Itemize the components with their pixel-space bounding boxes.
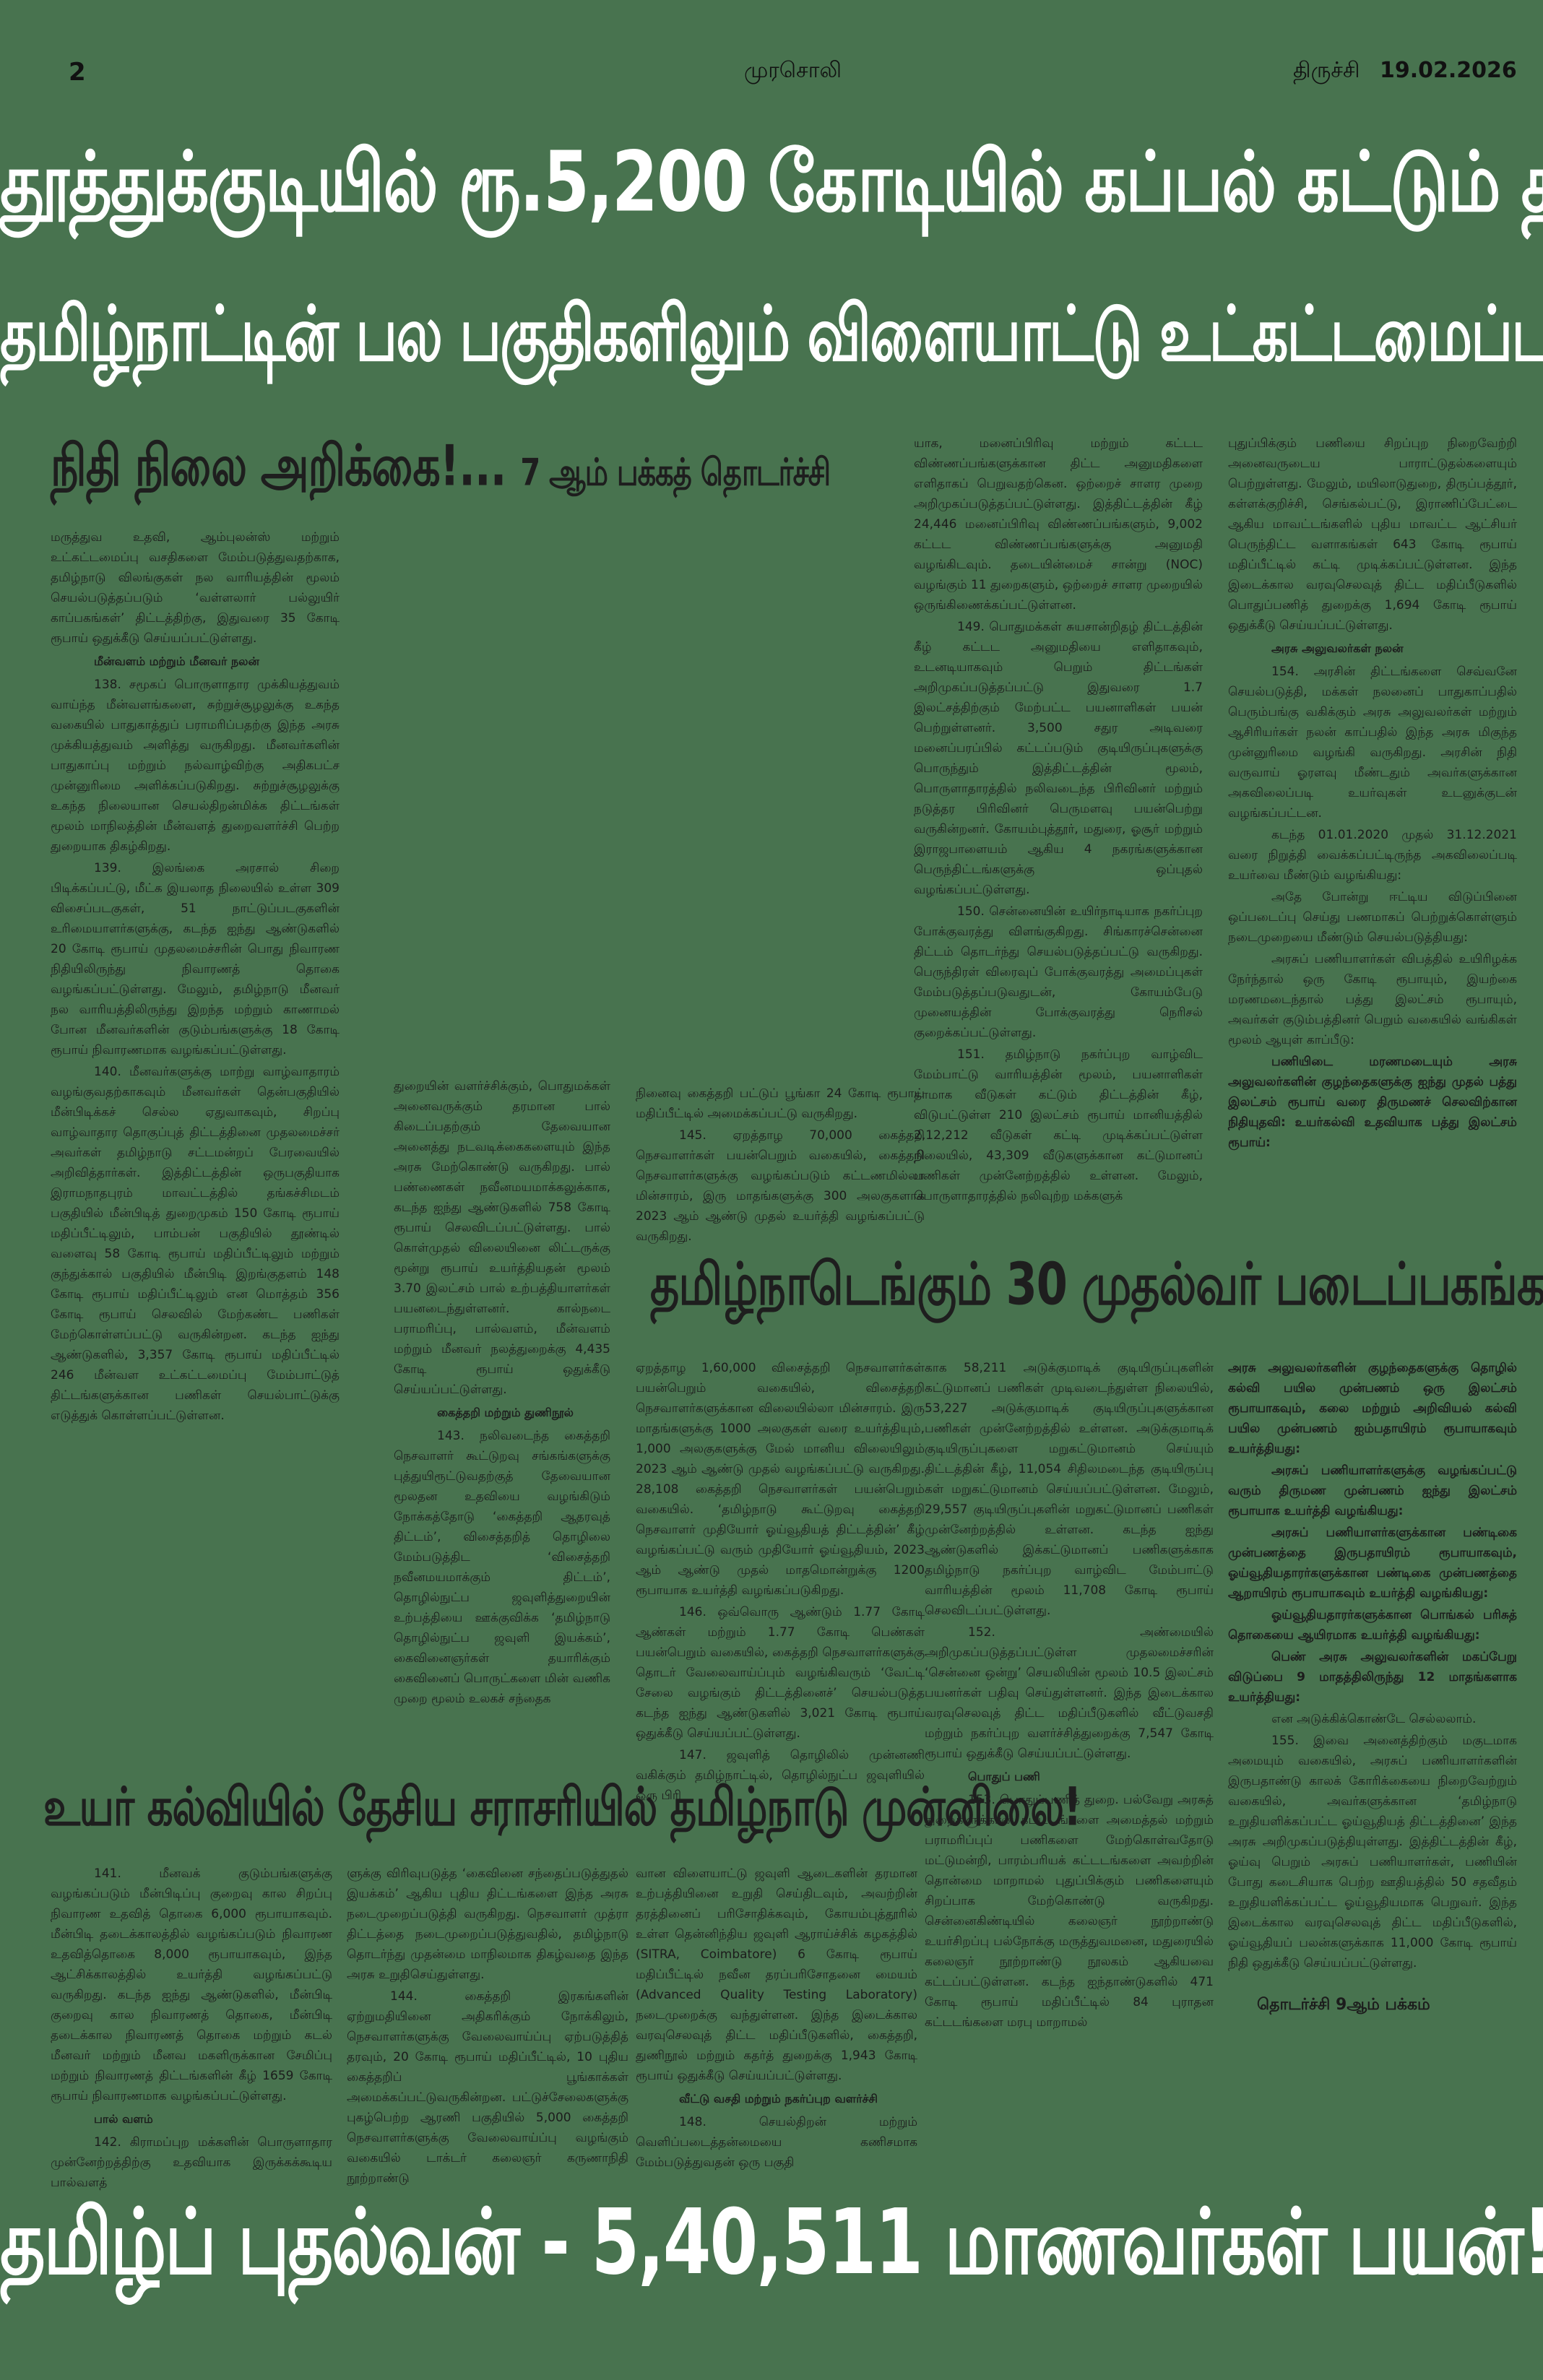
article-column-5-lower: அரசு அலுவலர்களின் குழந்தைகளுக்கு தொழில் … bbox=[1228, 1358, 1517, 2017]
paragraph-153-cont: புதுப்பிக்கும் பணியை சிறப்புற நிறைவேற்றி… bbox=[1228, 433, 1517, 636]
paragraph-festival-advance: அரசுப் பணியாளர்களுக்கான பண்டிகை முன்பணத்… bbox=[1228, 1523, 1517, 1604]
paragraph-marriage-aid: பணியிடை மரணமடையும் அரசு அலுவலர்களின் குழ… bbox=[1228, 1052, 1517, 1153]
paragraph-144-cont: நினைவு கைத்தறி பட்டுப் பூங்கா 24 கோடி ரூ… bbox=[636, 1083, 925, 1124]
paragraph-insurance: அரசுப் பணியாளர்கள் விபத்தில் உயிரிழக்க ந… bbox=[1228, 949, 1517, 1050]
paragraph-143-cont: ளுக்கு விரிவுபடுத்த ‘கைவினை சந்தைப்படுத்… bbox=[347, 1864, 628, 1985]
section-continuation: 7 ஆம் பக்கத் தொடர்ச்சி bbox=[520, 451, 830, 495]
paragraph-141: 141. மீனவக் குடும்பங்களுக்கு வழங்கப்படும… bbox=[51, 1864, 332, 2106]
subheading-housing: வீட்டு வசதி மற்றும் நகர்ப்புற வளர்ச்சி bbox=[679, 2089, 917, 2109]
paragraph-142: 142. கிராமப்புற மக்களின் பொருளாதார முன்ன… bbox=[51, 2132, 332, 2193]
edition-name: திருச்சி bbox=[1293, 58, 1360, 86]
paragraph-147-cont: வான விளையாட்டு ஜவுளி ஆடைகளின் தரமான உற்ப… bbox=[636, 1864, 917, 2086]
lower-headline: உயர் கல்வியில் தேசிய சராசரியில் தமிழ்நாட… bbox=[43, 1777, 1081, 1845]
paragraph-146: 146. ஒவ்வொரு ஆண்டும் 1.77 கோடி ஆண்கள் மற… bbox=[636, 1602, 925, 1744]
paragraph-encash: அதே போன்று ஈட்டிய விடுப்பினை ஒப்படைப்பு … bbox=[1228, 887, 1517, 948]
article-column-2: துறையின் வளர்ச்சிக்கும், பொதுமக்கள் அனைவ… bbox=[394, 1076, 610, 1710]
paragraph-145: 145. ஏறத்தாழ 70,000 கைத்தறி நெசவாளர்கள் … bbox=[636, 1125, 925, 1247]
paragraph-150: 150. சென்னையின் உயிர்நாடியாக நகர்ப்புற ப… bbox=[914, 901, 1203, 1043]
paragraph-151-cont: காக 58,211 அடுக்குமாடிக் குடியிருப்புகளி… bbox=[925, 1358, 1214, 1621]
subheading-govt-employees: அரசு அலுவலர்கள் நலன் bbox=[1271, 639, 1517, 659]
article-column-3-lower: ஏறத்தாழ 1,60,000 விசைத்தறி நெசவாளர்கள் ப… bbox=[636, 1358, 925, 1807]
paragraph-wedding-advance: அரசுப் பணியாளர்களுக்கு வழங்கப்பட்டு வரும… bbox=[1228, 1461, 1517, 1521]
paragraph-151: 151. தமிழ்நாடு நகர்ப்புற வாழ்விட மேம்பாட… bbox=[914, 1044, 1203, 1206]
paragraph-more: என அடுக்கிக்கொண்டே செல்லலாம். bbox=[1228, 1709, 1517, 1729]
paragraph-140: 140. மீனவர்களுக்கு மாற்று வாழ்வாதாரம் வழ… bbox=[51, 1062, 340, 1426]
paragraph-144: 144. கைத்தறி இரகங்களின் ஏற்றுமதியினை அதி… bbox=[347, 1986, 628, 2189]
paper-name: முரசொலி bbox=[744, 58, 842, 86]
paragraph: மருத்துவ உதவி, ஆம்புலன்ஸ் மற்றும் உட்கட்… bbox=[51, 527, 340, 649]
paragraph-148-cont: யாக, மனைப்பிரிவு மற்றும் கட்டட விண்ணப்பங… bbox=[914, 433, 1203, 615]
paragraph-pongal: ஓய்வூதியதாரர்களுக்கான பொங்கல் பரிசுத் தொ… bbox=[1228, 1605, 1517, 1645]
mid-headline: தமிழ்நாடெங்கும் 30 முதல்வர் படைப்பகங்கள்… bbox=[650, 1250, 1543, 1327]
paragraph-154: 154. அரசின் திட்டங்களை செவ்வனே செயல்படுத… bbox=[1228, 662, 1517, 823]
issue-date: 19.02.2026 bbox=[1380, 58, 1517, 83]
section-title-main: நிதி நிலை அறிக்கை!... bbox=[51, 433, 506, 499]
subheading-dairy: பால் வளம் bbox=[94, 2109, 332, 2129]
paragraph-da: கடந்த 01.01.2020 முதல் 31.12.2021 வரை நி… bbox=[1228, 825, 1517, 886]
article-column-1-bottom: 141. மீனவக் குடும்பங்களுக்கு வழங்கப்படும… bbox=[51, 1864, 332, 2194]
subheading-handloom: கைத்தறி மற்றும் துணிநூல் bbox=[437, 1403, 610, 1423]
article-column-4-lower: காக 58,211 அடுக்குமாடிக் குடியிருப்புகளி… bbox=[925, 1358, 1214, 2034]
paragraph-152: 152. அண்மையில் அறிமுகப்படுத்தப்பட்டுள்ள … bbox=[925, 1622, 1214, 1764]
paragraph-139: 139. இலங்கை அரசால் சிறை பிடிக்கப்பட்டு, … bbox=[51, 858, 340, 1060]
paragraph-155: 155. இவை அனைத்திற்கும் மகுடமாக அமையும் வ… bbox=[1228, 1731, 1517, 1973]
paragraph-dairy: துறையின் வளர்ச்சிக்கும், பொதுமக்கள் அனைவ… bbox=[394, 1076, 610, 1400]
bottom-headline: தமிழ்ப் புதல்வன் - 5,40,511 மாணவர்கள் பய… bbox=[0, 2189, 1543, 2307]
paragraph-148: 148. செயல்திறன் மற்றும் வெளிப்படைத்தன்மை… bbox=[636, 2112, 917, 2173]
section-title: நிதி நிலை அறிக்கை!... 7 ஆம் பக்கத் தொடர்… bbox=[51, 433, 830, 506]
paragraph-powerloom: ஏறத்தாழ 1,60,000 விசைத்தறி நெசவாளர்கள் ப… bbox=[636, 1358, 925, 1601]
article-column-3-bottom: வான விளையாட்டு ஜவுளி ஆடைகளின் தரமான உற்ப… bbox=[636, 1864, 917, 2174]
paragraph-143: 143. நலிவடைந்த கைத்தறி நெசவாளர் கூட்டுறவ… bbox=[394, 1426, 610, 1709]
paragraph-maternity: பெண் அரசு அலுவலர்களின் மகப்பேறு விடுப்பை… bbox=[1228, 1647, 1517, 1708]
article-column-3-top: நினைவு கைத்தறி பட்டுப் பூங்கா 24 கோடி ரூ… bbox=[636, 1083, 925, 1248]
page-number: 2 bbox=[69, 58, 86, 87]
paragraph-edu-advance: அரசு அலுவலர்களின் குழந்தைகளுக்கு தொழில் … bbox=[1228, 1358, 1517, 1459]
continued-on-page-9: தொடர்ச்சி 9ஆம் பக்கம் bbox=[1228, 1995, 1517, 2015]
main-headline-2: தமிழ்நாட்டின் பல பகுதிகளிலும் விளையாட்டு… bbox=[0, 291, 1543, 389]
paragraph-149: 149. பொதுமக்கள் சுயசான்றிதழ் திட்டத்தின்… bbox=[914, 617, 1203, 900]
subheading-fisheries: மீன்வளம் மற்றும் மீனவர் நலன் bbox=[94, 652, 340, 672]
article-column-4: யாக, மனைப்பிரிவு மற்றும் கட்டட விண்ணப்பங… bbox=[914, 433, 1203, 1208]
article-column-5: புதுப்பிக்கும் பணியை சிறப்புற நிறைவேற்றி… bbox=[1228, 433, 1517, 1154]
paragraph-138: 138. சமூகப் பொருளாதார முக்கியத்துவம் வாய… bbox=[51, 675, 340, 857]
main-headline-1: தூத்துக்குடியில் ரூ.5,200 கோடியில் கப்பல… bbox=[0, 134, 1543, 242]
article-column-2-bottom: ளுக்கு விரிவுபடுத்த ‘கைவினை சந்தைப்படுத்… bbox=[347, 1864, 628, 2190]
article-column-1: மருத்துவ உதவி, ஆம்புலன்ஸ் மற்றும் உட்கட்… bbox=[51, 527, 340, 1427]
